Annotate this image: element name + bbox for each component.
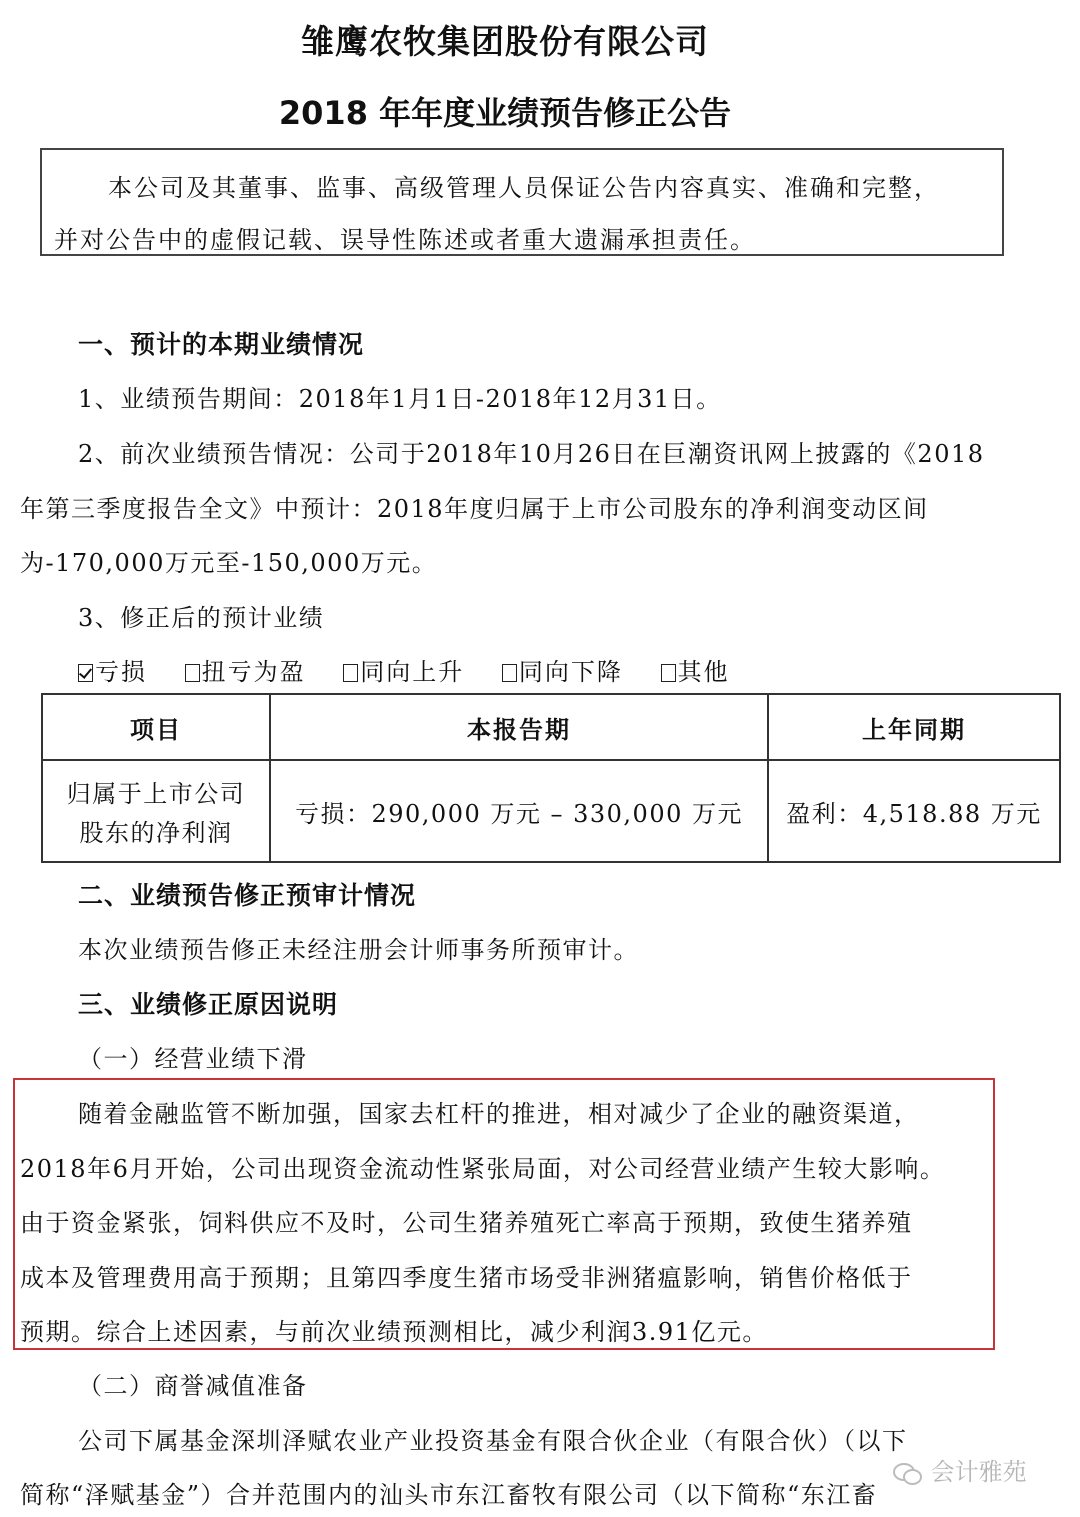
watermark: 会计雅苑 [893, 1452, 1027, 1487]
sub1-line-1: 随着金融监管不断加强，国家去杠杆的推进，相对减少了企业的融资渠道， [78, 1094, 920, 1129]
checkbox-empty-icon [502, 664, 517, 682]
performance-table: 项目 本报告期 上年同期 归属于上市公司 股东的净利润 亏损：290,000 万… [41, 693, 1061, 863]
cell-item-line-2: 股东的净利润 [43, 813, 269, 848]
header-prior-period: 上年同期 [768, 694, 1060, 760]
document-title: 2018 年年度业绩预告修正公告 [0, 88, 1010, 134]
disclaimer-line-2: 并对公告中的虚假记载、误导性陈述或者重大遗漏承担责任。 [54, 220, 756, 255]
section1-heading: 一、预计的本期业绩情况 [78, 325, 364, 361]
checkbox-checked-icon [78, 664, 93, 682]
option-label: 其他 [678, 658, 730, 686]
sub1-line-4: 成本及管理费用高于预期；且第四季度生猪市场受非洲猪瘟影响，销售价格低于 [20, 1258, 913, 1293]
section2-heading: 二、业绩预告修正预审计情况 [78, 876, 416, 912]
section1-item2-line2: 年第三季度报告全文》中预计：2018年度归属于上市公司股东的净利润变动区间 [20, 489, 929, 524]
disclaimer-box: 本公司及其董事、监事、高级管理人员保证公告内容真实、准确和完整， 并对公告中的虚… [40, 148, 1004, 256]
checkbox-empty-icon [661, 664, 676, 682]
sub1-line-3: 由于资金紧张，饲料供应不及时，公司生猪养殖死亡率高于预期，致使生猪养殖 [20, 1203, 913, 1238]
sub1-line-2: 2018年6月开始，公司出现资金流动性紧张局面，对公司经营业绩产生较大影响。 [20, 1149, 945, 1184]
option-turnaround: 扭亏为盈 [185, 658, 306, 686]
option-label: 同向上升 [360, 658, 464, 686]
section1-item2-line3: 为-170,000万元至-150,000万元。 [20, 543, 437, 578]
checkbox-empty-icon [343, 664, 358, 682]
option-label: 亏损 [95, 658, 147, 686]
cell-current: 亏损：290,000 万元 – 330,000 万元 [270, 760, 768, 862]
section3-sub2-heading: （二）商誉减值准备 [78, 1366, 308, 1401]
disclaimer-line-1: 本公司及其董事、监事、高级管理人员保证公告内容真实、准确和完整， [108, 168, 940, 203]
table-header-row: 项目 本报告期 上年同期 [42, 694, 1060, 760]
cell-prior: 盈利：4,518.88 万元 [768, 760, 1060, 862]
option-loss: 亏损 [78, 658, 147, 686]
option-decrease: 同向下降 [502, 658, 623, 686]
sub2-line-1: 公司下属基金深圳泽赋农业产业投资基金有限合伙企业（有限合伙）（以下 [78, 1421, 908, 1456]
watermark-text: 会计雅苑 [931, 1458, 1027, 1486]
option-label: 扭亏为盈 [202, 658, 306, 686]
forecast-type-options: 亏损 扭亏为盈 同向上升 同向下降 其他 [78, 652, 758, 687]
table-row: 归属于上市公司 股东的净利润 亏损：290,000 万元 – 330,000 万… [42, 760, 1060, 862]
section1-item3: 3、修正后的预计业绩 [78, 598, 324, 633]
sub2-line-2: 简称“泽赋基金”）合并范围内的汕头市东江畜牧有限公司（以下简称“东江畜 [20, 1475, 877, 1510]
option-label: 同向下降 [519, 658, 623, 686]
checkbox-empty-icon [185, 664, 200, 682]
cell-item-line-1: 归属于上市公司 [43, 774, 269, 809]
sub1-line-5: 预期。综合上述因素，与前次业绩预测相比，减少利润3.91亿元。 [20, 1312, 768, 1347]
company-name: 雏鹰农牧集团股份有限公司 [0, 16, 1010, 63]
header-current-period: 本报告期 [270, 694, 768, 760]
section1-item1: 1、业绩预告期间：2018年1月1日-2018年12月31日。 [78, 379, 722, 414]
option-increase: 同向上升 [343, 658, 464, 686]
wechat-icon [893, 1461, 923, 1483]
header-item: 项目 [42, 694, 270, 760]
section3-heading: 三、业绩修正原因说明 [78, 985, 338, 1021]
option-other: 其他 [661, 658, 730, 686]
section2-text: 本次业绩预告修正未经注册会计师事务所预审计。 [78, 930, 639, 965]
section1-item2-line1: 2、前次业绩预告情况：公司于2018年10月26日在巨潮资讯网上披露的《2018 [78, 434, 985, 469]
section3-sub1-heading: （一）经营业绩下滑 [78, 1039, 308, 1074]
cell-item: 归属于上市公司 股东的净利润 [42, 760, 270, 862]
